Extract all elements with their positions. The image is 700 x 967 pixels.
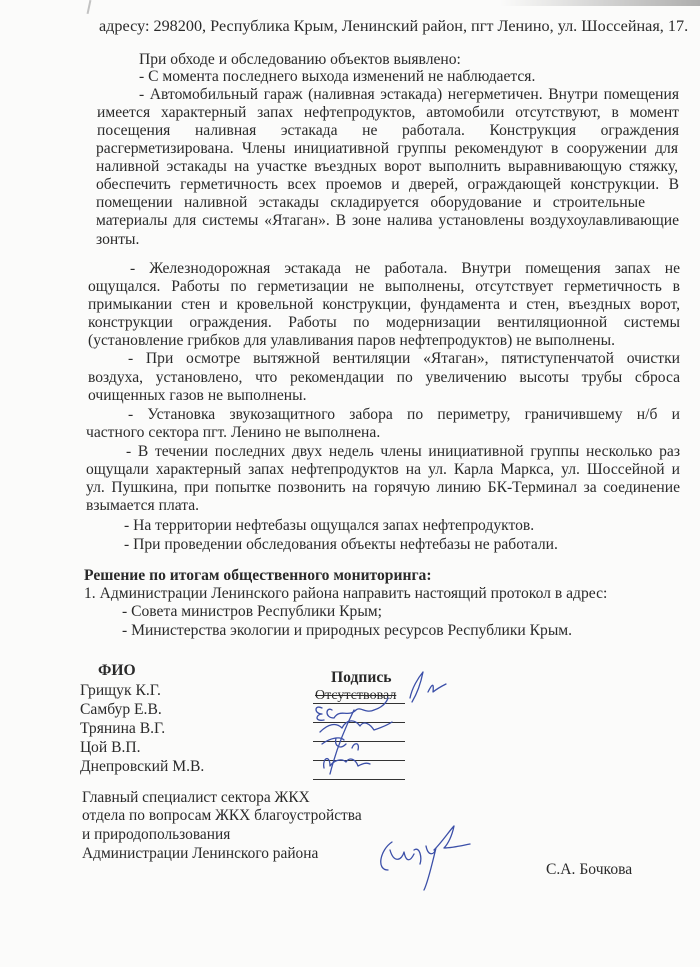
finding-1: - С момента последнего выхода изменений … bbox=[139, 68, 535, 85]
finding-4-line-1: - При осмотре вытяжной вентиляции «Ятага… bbox=[128, 350, 680, 367]
finding-3-line-1: - Железнодорожная эстакада не работала. … bbox=[130, 260, 680, 277]
position-line: Главный специалист сектора ЖКХ bbox=[82, 789, 310, 806]
finding-8: - При проведении обследования объекты не… bbox=[124, 536, 558, 553]
finding-3-line-4: конструкции ограждения. Работы по модерн… bbox=[88, 314, 680, 331]
signer-name: С.А. Бочкова bbox=[546, 861, 632, 878]
finding-6-line-1: - В течении последних двух недель члены … bbox=[126, 443, 680, 460]
member-name: Самбур Е.В. bbox=[80, 701, 162, 718]
finding-3-line-5: (установление грибков для улавливания па… bbox=[88, 332, 615, 349]
finding-2-line-6: обеспечить герметичность всех проемов и … bbox=[96, 176, 679, 193]
finding-4-line-3: очищенных газов не выполнены. bbox=[88, 387, 307, 404]
member-name: Грищук К.Г. bbox=[80, 682, 161, 699]
address-line: адресу: 298200, Республика Крым, Ленинск… bbox=[99, 18, 688, 35]
position-line: отдела по вопросам ЖКХ благоустройства bbox=[82, 807, 362, 824]
findings-intro: При обходе и обследованию объектов выявл… bbox=[139, 51, 461, 68]
finding-6-line-2: ощущали характерный запах нефтепродуктов… bbox=[86, 461, 680, 478]
finding-2-line-2: имеется характерный запах нефтепродуктов… bbox=[97, 104, 679, 121]
scan-edge-shadow bbox=[500, 0, 700, 6]
official-signature bbox=[370, 820, 480, 900]
finding-6-line-4: взымается плата. bbox=[86, 497, 199, 514]
decision-item-1: 1. Администрации Ленинского района напра… bbox=[84, 585, 607, 602]
finding-5-line-2: частного сектора пгт. Ленино не выполнен… bbox=[86, 424, 380, 441]
member-name: Цой В.П. bbox=[80, 739, 141, 756]
decision-heading: Решение по итогам общественного монитори… bbox=[84, 567, 432, 584]
finding-3-line-3: примыкании стен и кровельной конструкции… bbox=[88, 296, 680, 313]
member-name: Днепровский М.В. bbox=[80, 758, 204, 775]
finding-6-line-3: ул. Пушкина, при попытке позвонить на го… bbox=[86, 479, 680, 496]
finding-2-line-7: помещении наливной эстакады складируется… bbox=[96, 194, 645, 211]
finding-3-line-2: ощущался. Работы по герметизации не выпо… bbox=[88, 278, 680, 295]
finding-2-line-8: материалы для системы «Ятаган». В зоне н… bbox=[96, 212, 679, 229]
decision-sub-2: - Министерства экологии и природных ресу… bbox=[122, 622, 572, 639]
member-name: Трянина В.Г. bbox=[80, 720, 165, 737]
decision-sub-1: - Совета министров Республики Крым; bbox=[122, 603, 382, 620]
finding-2-line-5: наливной эстакады на участке въездных во… bbox=[96, 158, 678, 175]
scanned-document-page: адресу: 298200, Республика Крым, Ленинск… bbox=[0, 0, 700, 967]
finding-2-line-4: расгерметизирована. Члены инициативной г… bbox=[96, 140, 678, 157]
scan-edge-mark bbox=[87, 0, 92, 14]
finding-7: - На территории нефтебазы ощущался запах… bbox=[124, 517, 534, 534]
handwritten-signatures bbox=[300, 670, 460, 785]
finding-5-line-1: - Установка звукозащитного забора по пер… bbox=[128, 406, 680, 423]
position-line: и природопользования bbox=[82, 826, 230, 843]
finding-2-line-9: зонты. bbox=[96, 231, 139, 248]
finding-2-line-1: - Автомобильный гараж (наливная эстакада… bbox=[139, 86, 679, 103]
finding-2-line-3: посещения наливная эстакада не работала.… bbox=[97, 122, 679, 139]
fio-header: ФИО bbox=[98, 662, 136, 679]
position-line: Администрации Ленинского района bbox=[82, 845, 318, 862]
finding-4-line-2: воздуха, установлено, что рекомендации п… bbox=[88, 369, 680, 386]
